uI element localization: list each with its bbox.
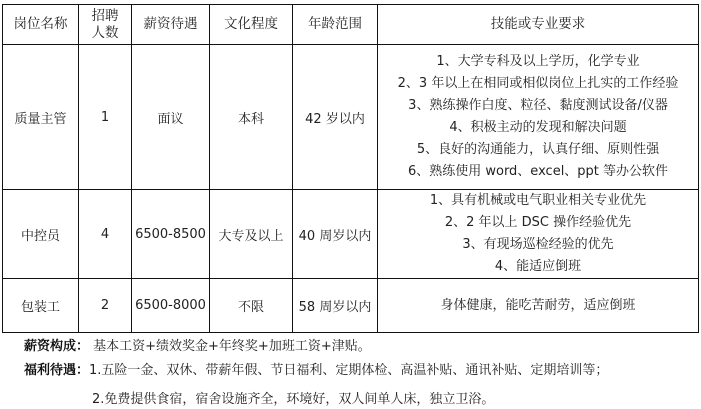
cell-salary: 6500-8000	[132, 279, 210, 333]
benefits-label: 福利待遇：	[24, 363, 89, 378]
salary-structure-label: 薪资构成：	[24, 339, 89, 354]
table-row: 质量主管 1 面议 本科 42 岁以内 1、大学专科及以上学历，化学专业 2、3…	[3, 45, 699, 190]
cell-requirements: 身体健康，能吃苦耐劳，适应倒班	[378, 279, 699, 333]
header-count-line2: 人数	[92, 25, 119, 41]
cell-age: 42 岁以内	[293, 45, 378, 190]
header-position: 岗位名称	[3, 5, 79, 45]
cell-age: 58 周岁以内	[293, 279, 378, 333]
cell-requirements: 1、具有机械或电气职业相关专业优先 2、2 年以上 DSC 操作经验优先 3、有…	[378, 190, 699, 279]
requirement-item: 2、3 年以上在相同或相似岗位上扎实的工作经验	[378, 73, 698, 95]
cell-education: 大专及以上	[210, 190, 293, 279]
cell-count: 1	[79, 45, 132, 190]
header-count: 招聘 人数	[79, 5, 132, 45]
benefits-note: 福利待遇：1.五险一金、双休、带薪年假、节日福利、定期体检、高温补贴、通讯补贴、…	[24, 359, 608, 378]
requirement-item: 身体健康，能吃苦耐劳，适应倒班	[378, 295, 698, 317]
benefits-line-2: 2.免费提供食宿，宿舍设施齐全，环境好，双人间单人床，独立卫浴。	[92, 392, 494, 407]
benefits-line-1: 1.五险一金、双休、带薪年假、节日福利、定期体检、高温补贴、通讯补贴、定期培训等…	[89, 363, 608, 378]
job-table: 岗位名称 招聘 人数 薪资待遇 文化程度 年龄范围 技能或专业要求 质量主管 1…	[2, 4, 699, 333]
cell-requirements: 1、大学专科及以上学历，化学专业 2、3 年以上在相同或相似岗位上扎实的工作经验…	[378, 45, 699, 190]
table-header-row: 岗位名称 招聘 人数 薪资待遇 文化程度 年龄范围 技能或专业要求	[3, 5, 699, 45]
cell-age: 40 周岁以内	[293, 190, 378, 279]
cell-position: 包装工	[3, 279, 79, 333]
cell-education: 本科	[210, 45, 293, 190]
header-salary: 薪资待遇	[132, 5, 210, 45]
cell-count: 2	[79, 279, 132, 333]
salary-structure-note: 薪资构成： 基本工资+绩效奖金+年终奖+加班工资+津贴。	[24, 335, 371, 354]
table-row: 中控员 4 6500-8500 大专及以上 40 周岁以内 1、具有机械或电气职…	[3, 190, 699, 279]
requirement-item: 3、有现场巡检经验的优先	[378, 234, 698, 256]
requirement-item: 5、良好的沟通能力，认真仔细、原则性强	[378, 139, 698, 161]
benefits-note-line-2: 2.免费提供食宿，宿舍设施齐全，环境好，双人间单人床，独立卫浴。	[92, 388, 494, 407]
cell-salary: 6500-8500	[132, 190, 210, 279]
header-age: 年龄范围	[293, 5, 378, 45]
table-row: 包装工 2 6500-8000 不限 58 周岁以内 身体健康，能吃苦耐劳，适应…	[3, 279, 699, 333]
salary-structure-text: 基本工资+绩效奖金+年终奖+加班工资+津贴。	[89, 339, 371, 354]
requirement-item: 1、具有机械或电气职业相关专业优先	[378, 190, 698, 212]
header-count-line1: 招聘	[92, 8, 119, 24]
cell-position: 质量主管	[3, 45, 79, 190]
requirement-item: 4、积极主动的发现和解决问题	[378, 117, 698, 139]
header-education: 文化程度	[210, 5, 293, 45]
requirement-item: 4、能适应倒班	[378, 256, 698, 278]
header-requirements: 技能或专业要求	[378, 5, 699, 45]
requirement-item: 1、大学专科及以上学历，化学专业	[378, 51, 698, 73]
cell-education: 不限	[210, 279, 293, 333]
requirement-item: 3、熟练操作白度、粒径、黏度测试设备/仪器	[378, 95, 698, 117]
cell-position: 中控员	[3, 190, 79, 279]
cell-count: 4	[79, 190, 132, 279]
requirement-item: 6、熟练使用 word、excel、ppt 等办公软件	[378, 161, 698, 183]
cell-salary: 面议	[132, 45, 210, 190]
requirement-item: 2、2 年以上 DSC 操作经验优先	[378, 212, 698, 234]
